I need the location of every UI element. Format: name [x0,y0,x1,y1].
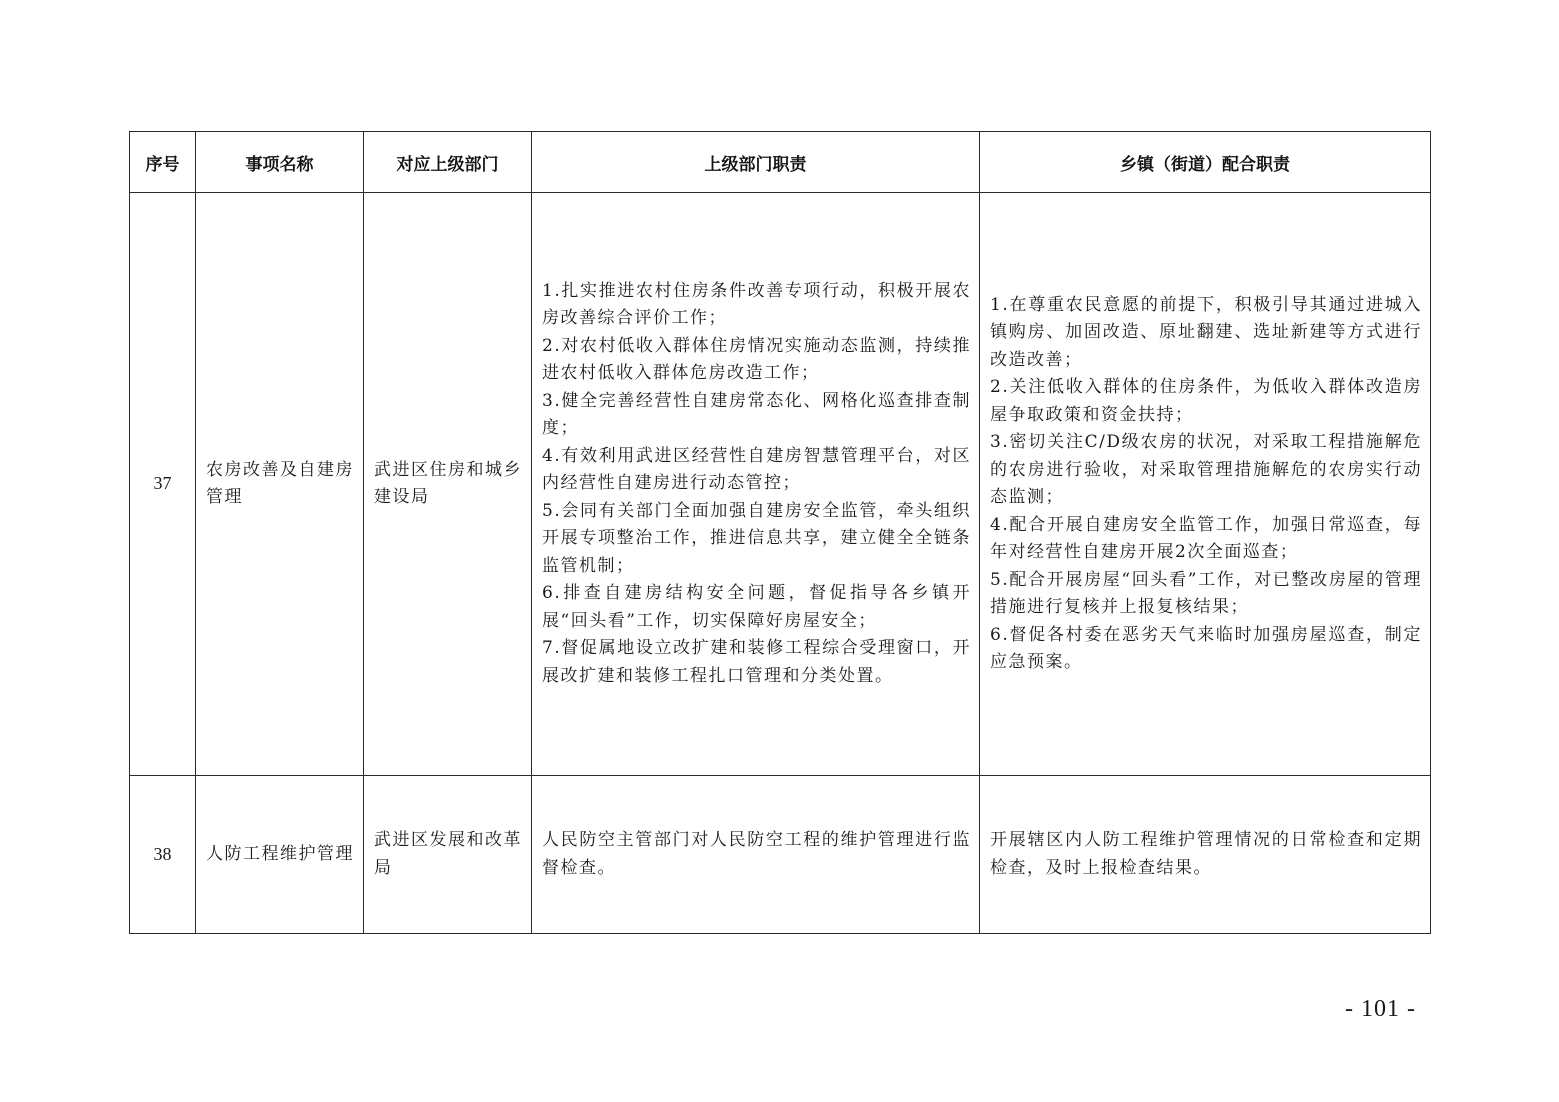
cell-seq: 37 [130,193,196,776]
duty-item: 2.对农村低收入群体住房情况实施动态监测，持续推进农村低收入群体危房改造工作； [542,333,971,388]
cell-upper-dept: 武进区住房和城乡建设局 [364,193,532,776]
header-seq: 序号 [130,132,196,193]
cell-item-name: 人防工程维护管理 [196,776,364,934]
cell-town-duty: 1.在尊重农民意愿的前提下，积极引导其通过进城入镇购房、加固改造、原址翻建、选址… [980,193,1431,776]
table-header-row: 序号 事项名称 对应上级部门 上级部门职责 乡镇（街道）配合职责 [130,132,1431,193]
cell-upper-duty: 1.扎实推进农村住房条件改善专项行动，积极开展农房改善综合评价工作； 2.对农村… [532,193,980,776]
duty-item: 1.扎实推进农村住房条件改善专项行动，积极开展农房改善综合评价工作； [542,278,971,333]
duty-item: 3.健全完善经营性自建房常态化、网格化巡查排查制度； [542,388,971,443]
duty-item: 1.在尊重农民意愿的前提下，积极引导其通过进城入镇购房、加固改造、原址翻建、选址… [990,292,1422,375]
header-item-name: 事项名称 [196,132,364,193]
cell-upper-duty: 人民防空主管部门对人民防空工程的维护管理进行监督检查。 [532,776,980,934]
duty-item: 2.关注低收入群体的住房条件，为低收入群体改造房屋争取政策和资金扶持； [990,374,1422,429]
page-number: - 101 - [1345,996,1416,1023]
cell-seq: 38 [130,776,196,934]
cell-upper-dept: 武进区发展和改革局 [364,776,532,934]
table-row: 38 人防工程维护管理 武进区发展和改革局 人民防空主管部门对人民防空工程的维护… [130,776,1431,934]
header-upper-dept: 对应上级部门 [364,132,532,193]
cell-town-duty: 开展辖区内人防工程维护管理情况的日常检查和定期检查，及时上报检查结果。 [980,776,1431,934]
duty-item: 开展辖区内人防工程维护管理情况的日常检查和定期检查，及时上报检查结果。 [990,827,1422,882]
duty-item: 人民防空主管部门对人民防空工程的维护管理进行监督检查。 [542,827,971,882]
duty-item: 5.配合开展房屋“回头看”工作，对已整改房屋的管理措施进行复核并上报复核结果； [990,567,1422,622]
header-upper-duty: 上级部门职责 [532,132,980,193]
duty-item: 4.有效利用武进区经营性自建房智慧管理平台，对区内经营性自建房进行动态管控； [542,443,971,498]
header-town-duty: 乡镇（街道）配合职责 [980,132,1431,193]
duty-item: 5.会同有关部门全面加强自建房安全监管，牵头组织开展专项整治工作，推进信息共享，… [542,498,971,581]
duty-table: 序号 事项名称 对应上级部门 上级部门职责 乡镇（街道）配合职责 37 农房改善… [129,131,1431,934]
duty-item: 4.配合开展自建房安全监管工作，加强日常巡查，每年对经营性自建房开展2次全面巡查… [990,512,1422,567]
table-row: 37 农房改善及自建房管理 武进区住房和城乡建设局 1.扎实推进农村住房条件改善… [130,193,1431,776]
duty-item: 6.督促各村委在恶劣天气来临时加强房屋巡查，制定应急预案。 [990,622,1422,677]
cell-item-name: 农房改善及自建房管理 [196,193,364,776]
duty-item: 3.密切关注C/D级农房的状况，对采取工程措施解危的农房进行验收，对采取管理措施… [990,429,1422,512]
duty-item: 7.督促属地设立改扩建和装修工程综合受理窗口，开展改扩建和装修工程扎口管理和分类… [542,635,971,690]
duty-item: 6.排查自建房结构安全问题，督促指导各乡镇开展“回头看”工作，切实保障好房屋安全… [542,580,971,635]
